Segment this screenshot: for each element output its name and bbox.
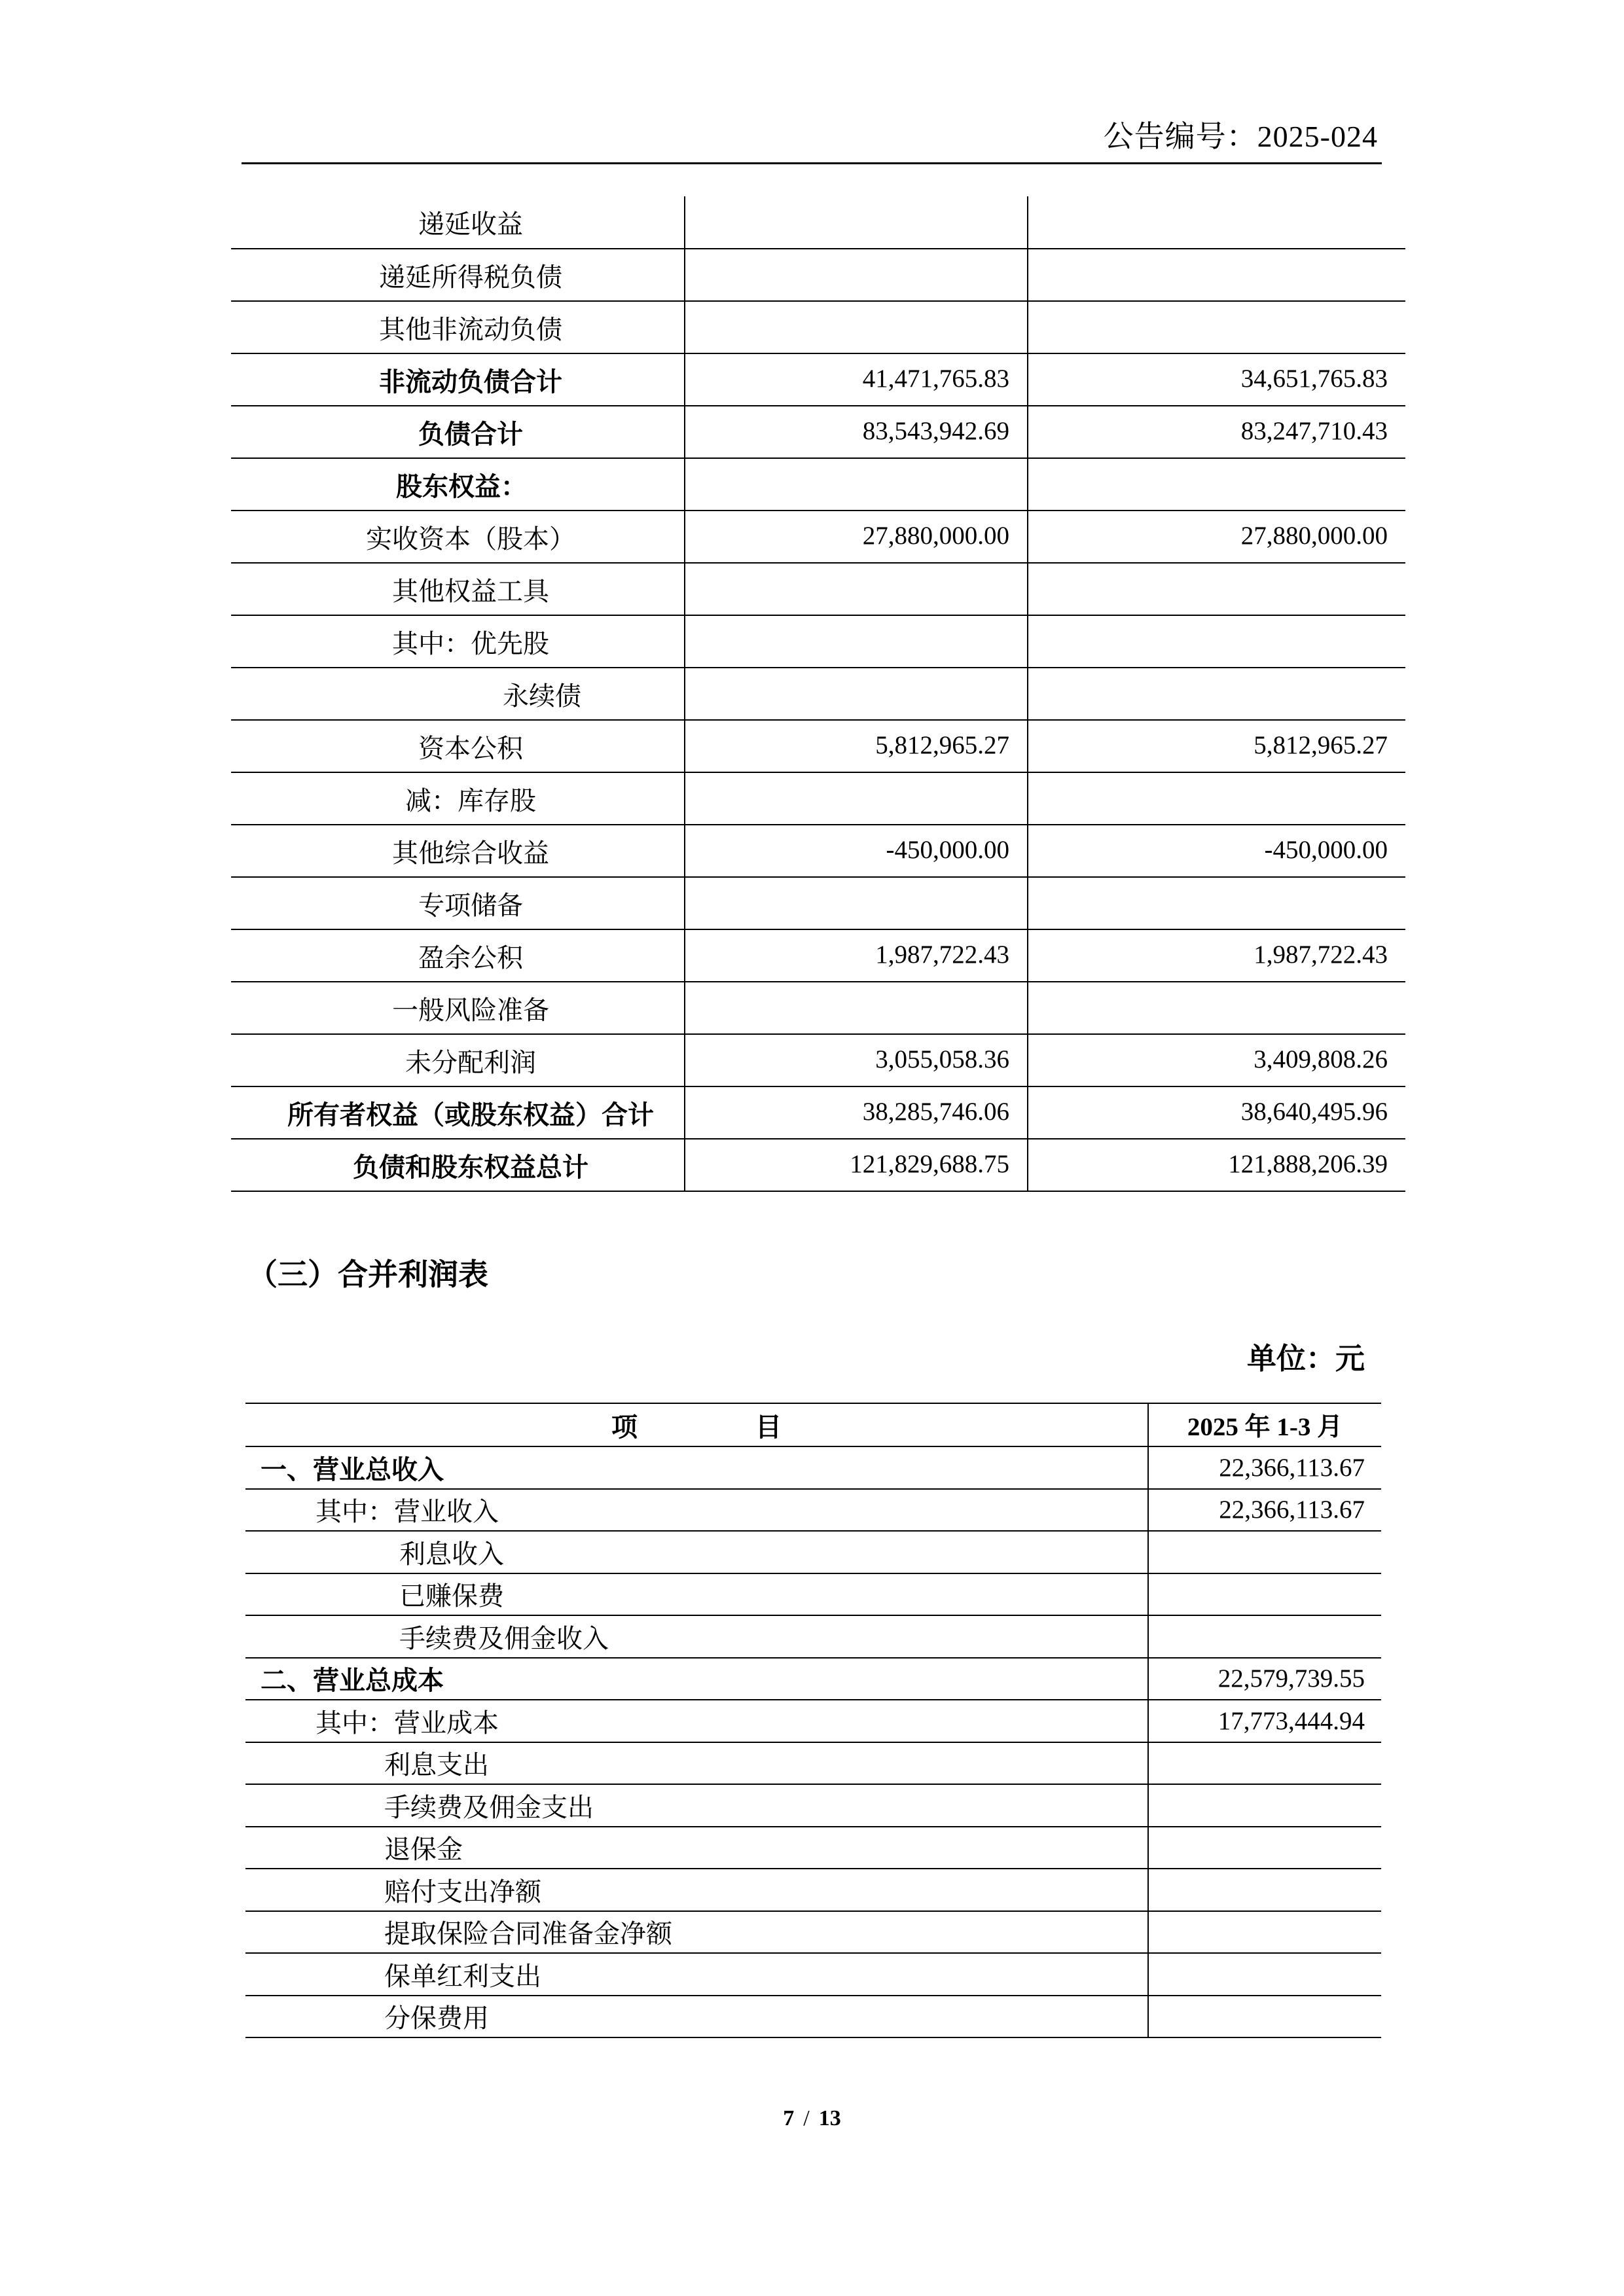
column-header-period: 2025 年 1-3 月 [1148,1403,1381,1446]
row-label: 其中：营业收入 [245,1489,1148,1532]
prior-period-value [1028,196,1405,249]
current-period-value [685,196,1028,249]
row-label: 赔付支出净额 [245,1869,1148,1911]
prior-period-value: 83,247,710.43 [1028,406,1405,458]
table-row-category: 一、营业总收入 22,366,113.67 [245,1446,1381,1489]
table-row: 实收资本（股本） 27,880,000.00 27,880,000.00 [231,511,1405,563]
prior-period-value [1028,877,1405,929]
row-value [1148,1911,1381,1954]
row-value [1148,1742,1381,1785]
current-period-value [685,772,1028,825]
row-label: 其他权益工具 [231,563,685,615]
row-label: 利息支出 [245,1742,1148,1785]
row-label: 其他综合收益 [231,825,685,877]
table-row: 减：库存股 [231,772,1405,825]
row-label: 二、营业总成本 [245,1658,1148,1700]
row-value [1148,1996,1381,2038]
row-value: 22,366,113.67 [1148,1489,1381,1532]
row-label: 提取保险合同准备金净额 [245,1911,1148,1954]
row-label: 专项储备 [231,877,685,929]
prior-period-value [1028,615,1405,668]
table-row-section-heading: 股东权益： [231,458,1405,511]
column-header-item: 项目 [245,1403,1148,1446]
table-row-subtotal: 所有者权益（或股东权益）合计 38,285,746.06 38,640,495.… [231,1086,1405,1139]
row-label: 退保金 [245,1827,1148,1869]
prior-period-value [1028,772,1405,825]
table-row-total: 负债和股东权益总计 121,829,688.75 121,888,206.39 [231,1139,1405,1191]
row-label: 手续费及佣金收入 [245,1615,1148,1658]
table-row-category: 二、营业总成本 22,579,739.55 [245,1658,1381,1700]
table-row-subtotal: 负债合计 83,543,942.69 83,247,710.43 [231,406,1405,458]
table-row: 手续费及佣金支出 [245,1784,1381,1827]
table-row: 赔付支出净额 [245,1869,1381,1911]
current-period-value [685,249,1028,301]
row-value: 22,366,113.67 [1148,1446,1381,1489]
row-label: 负债合计 [231,406,685,458]
prior-period-value: 38,640,495.96 [1028,1086,1405,1139]
table-row: 其中：营业成本 17,773,444.94 [245,1700,1381,1742]
table-row: 盈余公积 1,987,722.43 1,987,722.43 [231,929,1405,982]
row-value [1148,1784,1381,1827]
row-label: 已赚保费 [245,1573,1148,1616]
table-row: 退保金 [245,1827,1381,1869]
row-label: 股东权益： [231,458,685,511]
row-value [1148,1827,1381,1869]
column-header-item-part2: 目 [755,1412,782,1442]
current-period-value: 27,880,000.00 [685,511,1028,563]
current-period-value [685,877,1028,929]
row-label: 递延所得税负债 [231,249,685,301]
current-period-value [685,458,1028,511]
row-label: 其中：优先股 [231,615,685,668]
table-row: 提取保险合同准备金净额 [245,1911,1381,1954]
row-value [1148,1953,1381,1996]
table-row: 已赚保费 [245,1573,1381,1616]
table-row: 递延所得税负债 [231,249,1405,301]
row-label: 利息收入 [245,1531,1148,1573]
prior-period-value [1028,249,1405,301]
row-value [1148,1531,1381,1573]
prior-period-value: 121,888,206.39 [1028,1139,1405,1191]
unit-label: 单位：元 [1247,1339,1365,1378]
row-value [1148,1869,1381,1911]
row-label: 资本公积 [231,720,685,772]
page-current: 7 [783,2106,794,2130]
income-statement-table: 项目 2025 年 1-3 月 一、营业总收入 22,366,113.67 其中… [245,1403,1381,2038]
prior-period-value: -450,000.00 [1028,825,1405,877]
table-row: 其他综合收益 -450,000.00 -450,000.00 [231,825,1405,877]
prior-period-value [1028,301,1405,353]
table-row: 递延收益 [231,196,1405,249]
row-label: 递延收益 [231,196,685,249]
current-period-value [685,301,1028,353]
page-number: 7/13 [0,2104,1624,2133]
table-row: 一般风险准备 [231,982,1405,1034]
row-value: 22,579,739.55 [1148,1658,1381,1700]
current-period-value [685,982,1028,1034]
table-row: 其他非流动负债 [231,301,1405,353]
table-row: 其中：优先股 [231,615,1405,668]
table-row: 保单红利支出 [245,1953,1381,1996]
table-row: 利息收入 [245,1531,1381,1573]
current-period-value [685,668,1028,720]
current-period-value: -450,000.00 [685,825,1028,877]
current-period-value: 83,543,942.69 [685,406,1028,458]
row-label: 其中：营业成本 [245,1700,1148,1742]
prior-period-value: 27,880,000.00 [1028,511,1405,563]
table-row: 分保费用 [245,1996,1381,2038]
current-period-value: 121,829,688.75 [685,1139,1028,1191]
row-label: 非流动负债合计 [231,353,685,406]
column-header-item-part1: 项 [611,1412,638,1442]
current-period-value [685,563,1028,615]
table-row: 专项储备 [231,877,1405,929]
row-label: 一般风险准备 [231,982,685,1034]
page-total: 13 [819,2106,841,2130]
row-label: 未分配利润 [231,1034,685,1086]
prior-period-value: 3,409,808.26 [1028,1034,1405,1086]
page-separator: / [794,2106,818,2130]
current-period-value: 3,055,058.36 [685,1034,1028,1086]
announcement-number: 公告编号：2025-024 [1104,118,1378,156]
row-label: 一、营业总收入 [245,1446,1148,1489]
row-value: 17,773,444.94 [1148,1700,1381,1742]
row-value [1148,1573,1381,1616]
prior-period-value: 5,812,965.27 [1028,720,1405,772]
current-period-value [685,615,1028,668]
current-period-value: 1,987,722.43 [685,929,1028,982]
row-label: 保单红利支出 [245,1953,1148,1996]
current-period-value: 5,812,965.27 [685,720,1028,772]
row-label: 永续债 [231,668,685,720]
prior-period-value [1028,563,1405,615]
table-row: 未分配利润 3,055,058.36 3,409,808.26 [231,1034,1405,1086]
prior-period-value: 1,987,722.43 [1028,929,1405,982]
prior-period-value [1028,668,1405,720]
table-row: 其中：营业收入 22,366,113.67 [245,1489,1381,1532]
table-row: 其他权益工具 [231,563,1405,615]
table-row: 资本公积 5,812,965.27 5,812,965.27 [231,720,1405,772]
prior-period-value [1028,982,1405,1034]
table-row: 利息支出 [245,1742,1381,1785]
row-value [1148,1615,1381,1658]
table-row-subtotal: 非流动负债合计 41,471,765.83 34,651,765.83 [231,353,1405,406]
current-period-value: 38,285,746.06 [685,1086,1028,1139]
current-period-value: 41,471,765.83 [685,353,1028,406]
row-label: 盈余公积 [231,929,685,982]
row-label: 减：库存股 [231,772,685,825]
row-label: 手续费及佣金支出 [245,1784,1148,1827]
balance-sheet-table: 递延收益 递延所得税负债 其他非流动负债 非流动负债合计 41,471,765.… [231,196,1405,1192]
table-row: 手续费及佣金收入 [245,1615,1381,1658]
row-label: 负债和股东权益总计 [231,1139,685,1191]
table-row: 永续债 [231,668,1405,720]
section-title: （三）合并利润表 [247,1255,488,1295]
row-label: 实收资本（股本） [231,511,685,563]
prior-period-value [1028,458,1405,511]
prior-period-value: 34,651,765.83 [1028,353,1405,406]
page-header: 公告编号：2025-024 [242,118,1382,164]
table-header-row: 项目 2025 年 1-3 月 [245,1403,1381,1446]
row-label: 分保费用 [245,1996,1148,2038]
row-label: 所有者权益（或股东权益）合计 [231,1086,685,1139]
row-label: 其他非流动负债 [231,301,685,353]
